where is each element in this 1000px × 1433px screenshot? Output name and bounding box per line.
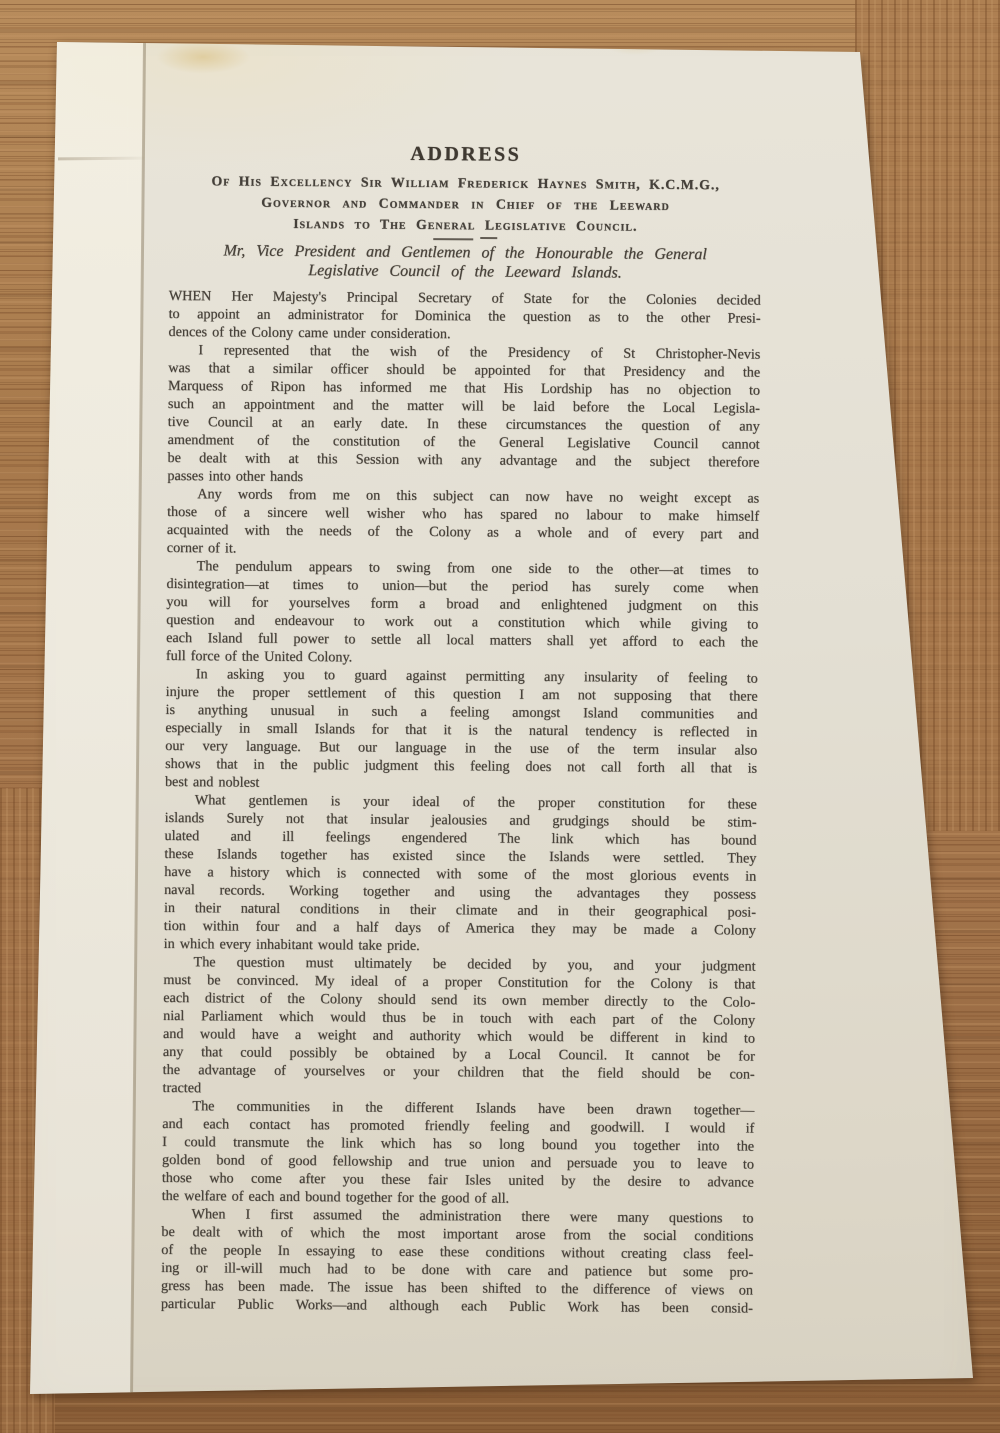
document-subtitle: Of His Excellency Sir William Frederick … <box>169 170 761 238</box>
body-text: WHEN Her Majesty's Principal Secretary o… <box>161 287 761 1318</box>
ornament-rule <box>427 237 503 242</box>
document-page: ADDRESS Of His Excellency Sir William Fr… <box>0 0 1000 1433</box>
salutation: Mr, Vice President and Gentlemen of the … <box>169 242 761 284</box>
paper-stain <box>138 34 268 80</box>
paper-stain <box>592 28 678 60</box>
printed-text-block: ADDRESS Of His Excellency Sir William Fr… <box>161 142 762 1318</box>
photograph-of-document: { "colors": { "wood": "#a8784a", "paper"… <box>0 0 1000 1433</box>
document-title: ADDRESS <box>170 142 762 167</box>
body-line: particular Public Works—and although eac… <box>161 1295 753 1318</box>
paper-sheet: ADDRESS Of His Excellency Sir William Fr… <box>0 0 1000 1433</box>
subtitle-line: Islands to The General Legislative Counc… <box>169 212 761 238</box>
